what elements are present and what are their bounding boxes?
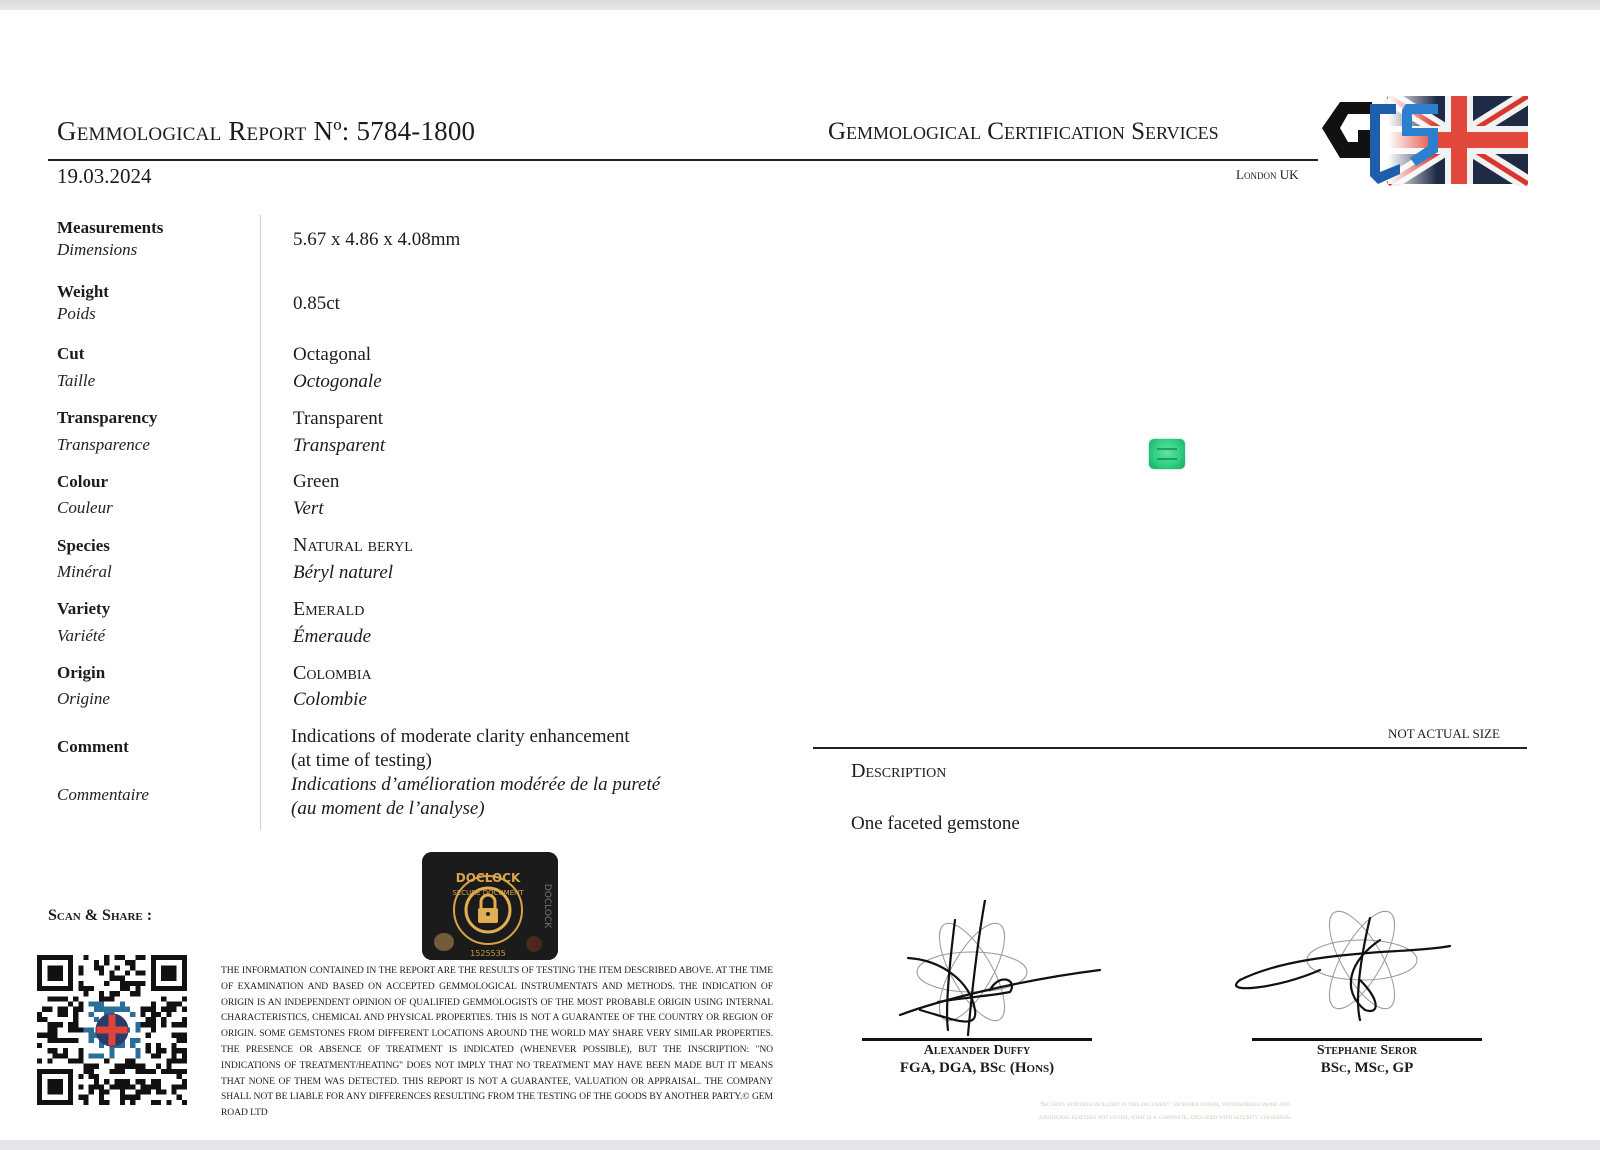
signatory-quals-seror: BSc, MSc, GP [1252, 1060, 1482, 1077]
report-number: 5784-1800 [356, 116, 475, 146]
comment-line2-fr: (au moment de l’analyse) [291, 798, 485, 820]
couleur-label: Couleur [57, 498, 113, 518]
description-title: Description [851, 760, 946, 783]
column-divider [260, 215, 261, 830]
svg-text:DOCLOCK: DOCLOCK [456, 871, 521, 885]
colour-value-fr: Vert [293, 498, 324, 520]
variety-value-fr: Émeraude [293, 626, 371, 648]
comment-line2: (at time of testing) [291, 750, 432, 772]
certificate-page: Gemmological Report Nº: 5784-1800 19.03.… [0, 10, 1600, 1140]
description-text: One faceted gemstone [851, 813, 1020, 835]
security-features-note: Security features included in this docum… [1030, 1098, 1300, 1124]
cut-label: Cut [57, 344, 84, 364]
svg-text:DOCLOCK: DOCLOCK [542, 884, 552, 929]
emerald-gem-image [1149, 439, 1185, 469]
cut-value-fr: Octogonale [293, 371, 382, 393]
qr-code-icon[interactable] [37, 955, 187, 1105]
transparency-value: Transparent [293, 408, 383, 430]
comment-line1: Indications of moderate clarity enhancem… [291, 726, 630, 748]
legal-text: The information contained in the report … [221, 963, 773, 1121]
legal-disclaimer: The information contained in the report … [221, 963, 773, 1121]
gcs-logo-icon [1318, 96, 1528, 186]
comment-line1-fr: Indications d’amélioration modérée de la… [291, 774, 660, 796]
origin-value: Colombia [293, 662, 372, 685]
measurements-value: 5.67 x 4.86 x 4.08mm [293, 229, 460, 251]
report-date: 19.03.2024 [57, 164, 152, 189]
poids-label: Poids [57, 304, 96, 324]
variety-value: Emerald [293, 598, 364, 621]
report-label: Gemmological Report Nº: [57, 116, 350, 146]
signature-line-seror [1252, 1038, 1482, 1041]
transparency-label: Transparency [57, 408, 157, 428]
signatory-name-duffy: Alexander Duffy [862, 1043, 1092, 1059]
species-value: Natural beryl [293, 534, 413, 557]
signature-line-duffy [862, 1038, 1092, 1041]
variete-label: Variété [57, 626, 105, 646]
origin-value-fr: Colombie [293, 689, 367, 711]
not-actual-size-note: NOT ACTUAL SIZE [1388, 726, 1500, 742]
colour-label: Colour [57, 472, 108, 492]
report-title: Gemmological Report Nº: 5784-1800 [57, 116, 475, 147]
svg-text:1525535: 1525535 [470, 949, 506, 958]
scan-share-label: Scan & Share : [48, 907, 152, 925]
origine-label: Origine [57, 689, 110, 709]
commentaire-label: Commentaire [57, 785, 149, 805]
window-bottom-edge [0, 1140, 1600, 1150]
description-rule [813, 747, 1527, 749]
comment-label: Comment [57, 737, 129, 757]
measurements-label: Measurements [57, 218, 163, 238]
variety-label: Variety [57, 599, 110, 619]
header-rule [48, 159, 1318, 161]
company-city: London UK [1236, 167, 1298, 183]
padlock-icon: DOCLOCK SECURE DOCUMENT 1525535 DOCLOCK [422, 852, 558, 960]
taille-label: Taille [57, 371, 95, 391]
window-top-edge [0, 0, 1600, 10]
transparency-value-fr: Transparent [293, 435, 385, 457]
signatures-icon [860, 900, 1480, 1040]
signatory-quals-duffy: FGA, DGA, BSc (Hons) [862, 1060, 1092, 1077]
svg-text:SECURE DOCUMENT: SECURE DOCUMENT [452, 889, 524, 897]
species-label: Species [57, 536, 110, 556]
dimensions-label: Dimensions [57, 240, 137, 260]
cut-value: Octagonal [293, 344, 371, 366]
weight-value: 0.85ct [293, 293, 340, 315]
transparence-label: Transparence [57, 435, 150, 455]
doclock-secure-seal: DOCLOCK SECURE DOCUMENT 1525535 DOCLOCK [422, 852, 558, 960]
origin-label: Origin [57, 663, 105, 683]
signatory-name-seror: Stephanie Seror [1252, 1043, 1482, 1059]
mineral-label: Minéral [57, 562, 112, 582]
species-value-fr: Béryl naturel [293, 562, 393, 584]
company-name: Gemmological Certification Services [828, 118, 1219, 146]
weight-label: Weight [57, 282, 109, 302]
colour-value: Green [293, 471, 339, 493]
